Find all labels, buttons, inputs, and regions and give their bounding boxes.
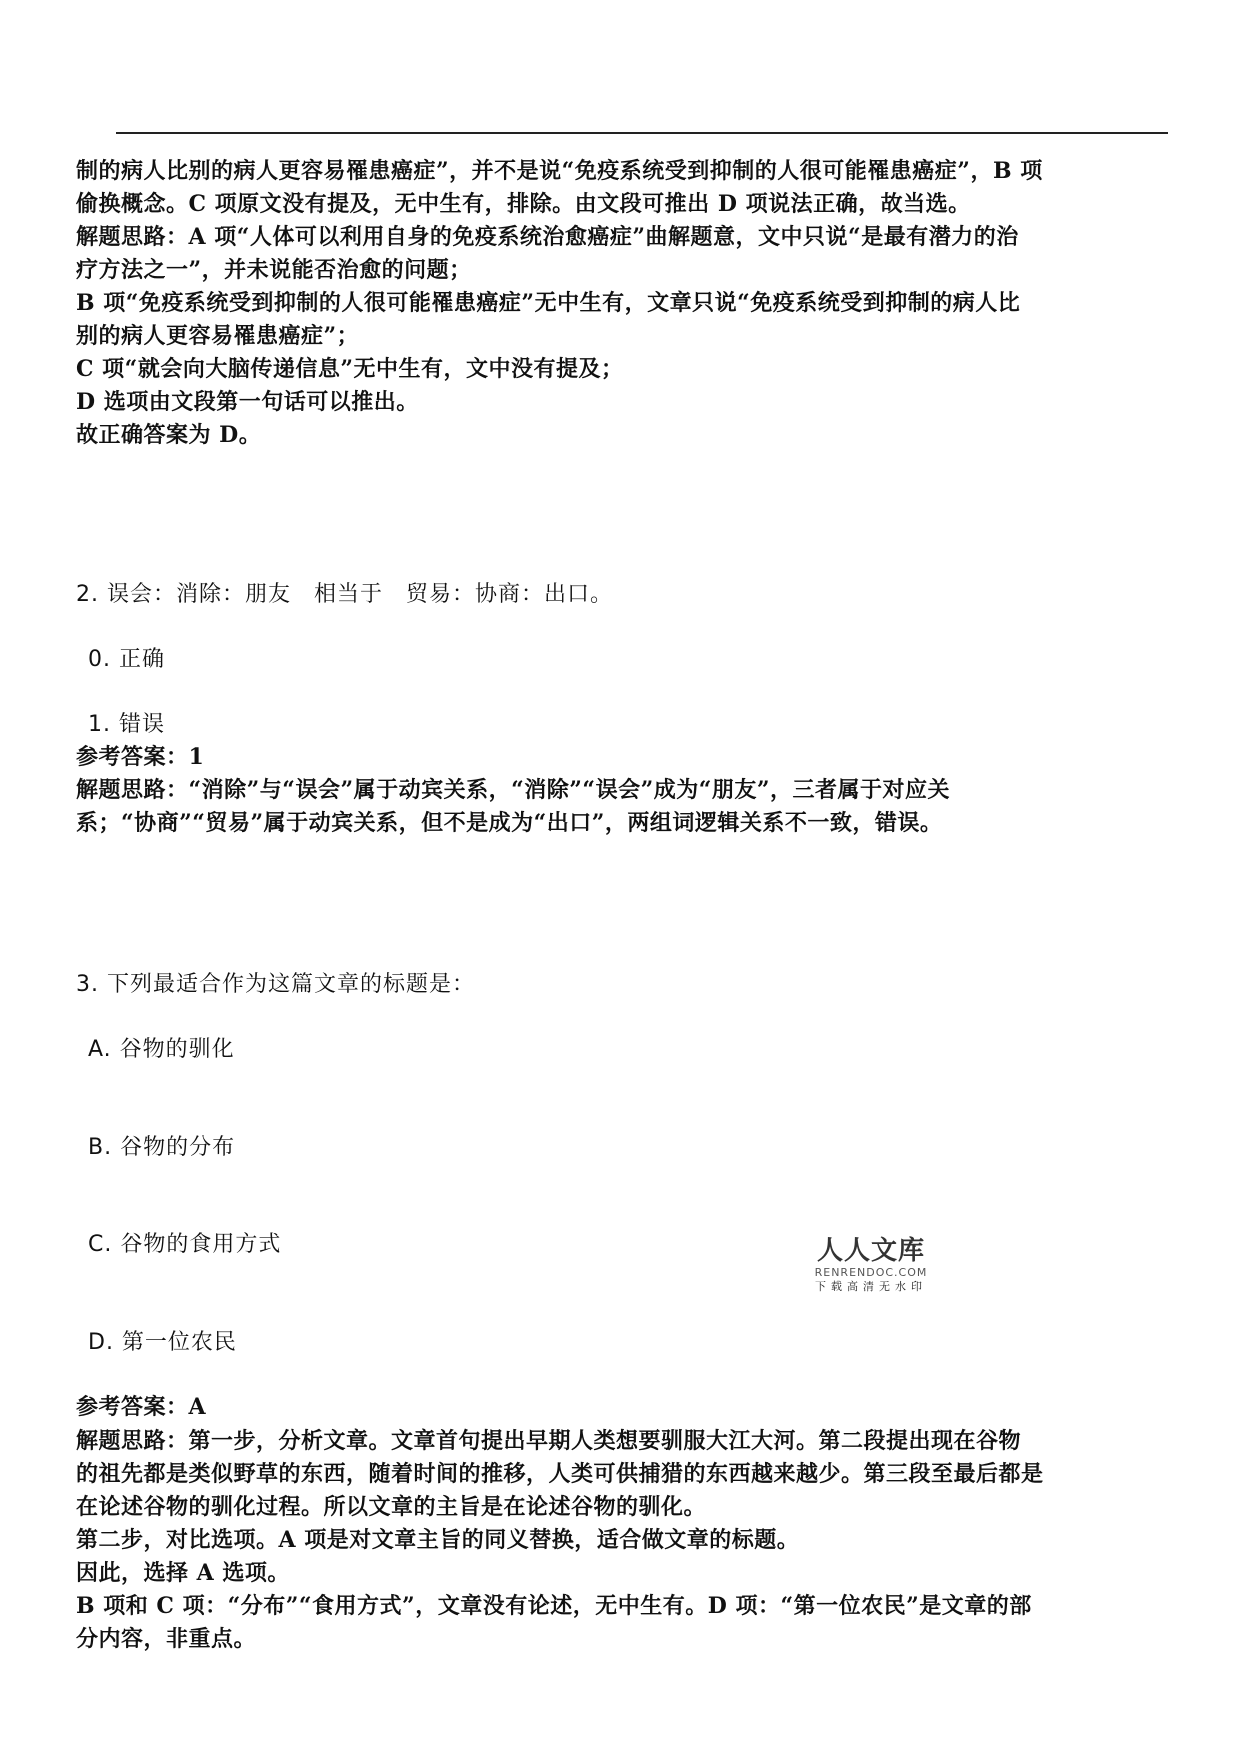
explanation-line: B 项和 C 项：“分布”“食用方式”，文章没有论述，无中生有。D 项：“第一位…	[76, 1590, 1032, 1623]
text-line: B 项“免疫系统受到抑制的人很可能罹患癌症”无中生有，文章只说“免疫系统受到抑制…	[76, 287, 1020, 320]
text-line: 疗方法之一”，并未说能否治愈的问题；	[76, 254, 472, 287]
option-b: B. 谷物的分布	[76, 1131, 235, 1164]
option-a: A. 谷物的驯化	[76, 1033, 235, 1066]
question-stem: 2. 误会：消除：朋友 相当于 贸易：协商：出口。	[76, 578, 613, 611]
text-line: 解题思路：A 项“人体可以利用自身的免疫系统治愈癌症”曲解题意，文中只说“是最有…	[76, 221, 1019, 254]
option-0: 0. 正确	[76, 643, 165, 676]
header-rule	[116, 132, 1168, 134]
explanation-line: 的祖先都是类似野草的东西，随着时间的推移，人类可供捕猎的东西越来越少。第三段至最…	[76, 1458, 1044, 1491]
explanation-line: 系；“协商”“贸易”属于动宾关系，但不是成为“出口”，两组词逻辑关系不一致，错误…	[76, 807, 942, 840]
explanation-line: 解题思路：第一步，分析文章。文章首句提出早期人类想要驯服大江大河。第二段提出现在…	[76, 1425, 1021, 1458]
watermark-url: RENRENDOC.COM	[806, 1266, 936, 1280]
option-c: C. 谷物的食用方式	[76, 1228, 281, 1261]
option-1: 1. 错误	[76, 708, 165, 741]
text-line: D 选项由文段第一句话可以推出。	[76, 386, 419, 419]
text-line: 故正确答案为 D。	[76, 419, 261, 452]
explanation-line: 在论述谷物的驯化过程。所以文章的主旨是在论述谷物的驯化。	[76, 1491, 706, 1524]
explanation-line: 因此，选择 A 选项。	[76, 1557, 290, 1590]
explanation-line: 解题思路：“消除”与“误会”属于动宾关系，“消除”“误会”成为“朋友”，三者属于…	[76, 774, 950, 807]
question-stem: 3. 下列最适合作为这篇文章的标题是：	[76, 968, 475, 1001]
reference-answer: 参考答案：1	[76, 741, 204, 774]
text-line: C 项“就会向大脑传递信息”无中生有，文中没有提及；	[76, 353, 623, 386]
text-line: 别的病人更容易罹患癌症”；	[76, 320, 359, 353]
explanation-line: 第二步，对比选项。A 项是对文章主旨的同义替换，适合做文章的标题。	[76, 1524, 799, 1557]
text-line: 制的病人比别的病人更容易罹患癌症”，并不是说“免疫系统受到抑制的人很可能罹患癌症…	[76, 155, 1043, 188]
option-d: D. 第一位农民	[76, 1326, 237, 1359]
watermark-subtitle: 下载高清无水印	[806, 1280, 936, 1294]
reference-answer: 参考答案：A	[76, 1391, 206, 1424]
watermark-title: 人人文库	[806, 1236, 936, 1266]
watermark-logo: 人人文库 RENRENDOC.COM 下载高清无水印	[806, 1236, 936, 1294]
explanation-line: 分内容，非重点。	[76, 1623, 256, 1656]
text-line: 偷换概念。C 项原文没有提及，无中生有，排除。由文段可推出 D 项说法正确，故当…	[76, 188, 971, 221]
